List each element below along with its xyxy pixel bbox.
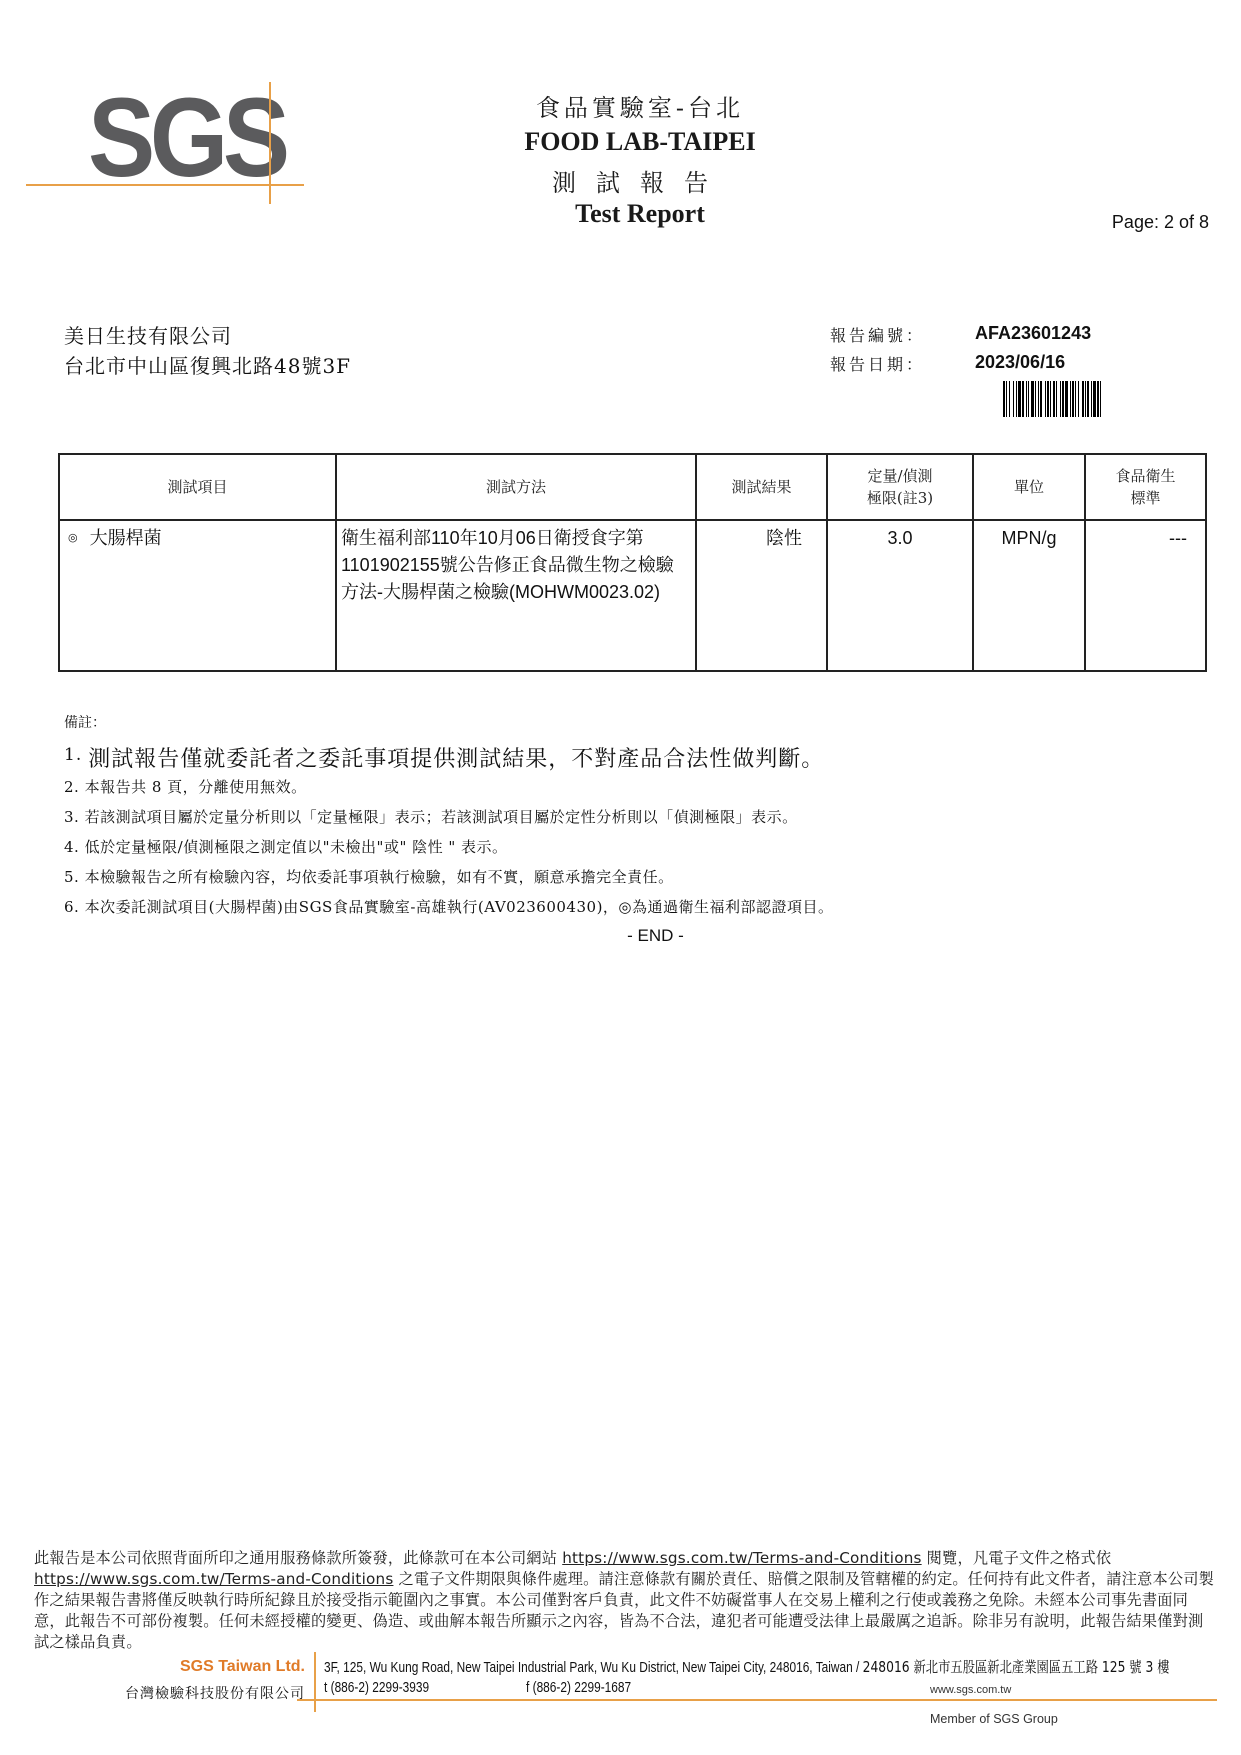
terms-link-1[interactable]: https://www.sgs.com.tw/Terms-and-Conditi… <box>562 1549 921 1567</box>
note-2: 2. 本報告共 8 頁，分離使用無效。 <box>64 776 307 797</box>
note-5-text: 本檢驗報告之所有檢驗內容，均依委託事項執行檢驗，如有不實，願意承擔完全責任。 <box>85 868 674 886</box>
header-food-standard-line1: 食品衛生 <box>1087 465 1204 488</box>
footer-address: 3F, 125, Wu Kung Road, New Taipei Indust… <box>324 1656 1170 1677</box>
end-marker: - END - <box>0 926 1241 946</box>
note-1-text: 測試報告僅就委託者之委託事項提供測試結果，不對產品合法性做判斷。 <box>88 747 824 772</box>
cell-test-item: ◎大腸桿菌 <box>59 520 336 671</box>
lab-name-en: FOOD LAB-TAIPEI <box>440 127 840 157</box>
footer-telephone: t (886-2) 2299-3939 <box>324 1680 429 1696</box>
note-5: 5. 本檢驗報告之所有檢驗內容，均依委託事項執行檢驗，如有不實，願意承擔完全責任… <box>64 866 674 887</box>
terms-link-2[interactable]: https://www.sgs.com.tw/Terms-and-Conditi… <box>34 1570 393 1588</box>
logo-vertical-rule <box>269 82 271 204</box>
report-number-value: AFA23601243 <box>975 323 1091 344</box>
legal-disclaimer: 此報告是本公司依照背面所印之通用服務條款所簽發，此條款可在本公司網站 https… <box>34 1548 1214 1653</box>
footer-address-zh: 248016 新北市五股區新北產業園區五工路 125 號 3 樓 <box>863 1658 1170 1676</box>
table-row: ◎大腸桿菌 衛生福利部110年10月06日衛授食字第1101902155號公告修… <box>59 520 1206 671</box>
footer-member-text: Member of SGS Group <box>930 1712 1058 1726</box>
header-detection-limit-line2: 極限(註3) <box>829 487 971 510</box>
header-unit: 單位 <box>973 454 1085 520</box>
lab-name-zh: 食品實驗室-台北 <box>440 88 840 123</box>
cell-test-result: 陰性 <box>696 520 827 671</box>
client-address: 台北市中山區復興北路48號3F <box>64 350 351 379</box>
disclaimer-part-2: 閱覽，凡電子文件之格式依 <box>922 1549 1112 1567</box>
end-text: - END - <box>627 926 684 945</box>
report-date-label: 報告日期： <box>830 352 925 375</box>
results-table: 測試項目 測試方法 測試結果 定量/偵測 極限(註3) 單位 食品衛生 標準 ◎… <box>58 453 1207 672</box>
report-title-zh: 測試報告 <box>440 163 840 198</box>
note-3: 3. 若該測試項目屬於定量分析則以「定量極限」表示；若該測試項目屬於定性分析則以… <box>64 806 798 827</box>
header-test-method: 測試方法 <box>336 454 696 520</box>
footer-horizontal-rule <box>297 1699 1217 1701</box>
header-detection-limit: 定量/偵測 極限(註3) <box>827 454 973 520</box>
footer-address-en: 3F, 125, Wu Kung Road, New Taipei Indust… <box>324 1660 853 1676</box>
footer-company-zh: 台灣檢驗科技股份有限公司 <box>80 1683 305 1703</box>
accreditation-mark-icon: ◎ <box>68 532 78 544</box>
table-header-row: 測試項目 測試方法 測試結果 定量/偵測 極限(註3) 單位 食品衛生 標準 <box>59 454 1206 520</box>
disclaimer-part-1: 此報告是本公司依照背面所印之通用服務條款所簽發，此條款可在本公司網站 <box>34 1549 562 1567</box>
report-date-value: 2023/06/16 <box>975 352 1065 373</box>
note-4-number: 4. <box>64 838 79 856</box>
note-4-text: 低於定量極限/偵測極限之測定值以"未檢出"或" 陰性 " 表示。 <box>85 838 508 856</box>
note-2-text: 本報告共 8 頁，分離使用無效。 <box>85 778 307 796</box>
footer-fax: f (886-2) 2299-1687 <box>526 1680 631 1696</box>
note-6-text: 本次委託測試項目(大腸桿菌)由SGS食品實驗室-高雄執行(AV023600430… <box>85 898 834 916</box>
barcode <box>1003 381 1175 417</box>
cell-food-standard: --- <box>1085 520 1206 671</box>
note-1-number: 1. <box>64 745 82 765</box>
test-item-name: 大腸桿菌 <box>90 528 162 548</box>
header-food-standard: 食品衛生 標準 <box>1085 454 1206 520</box>
cell-detection-limit: 3.0 <box>827 520 973 671</box>
footer-company-en: SGS Taiwan Ltd. <box>100 1658 305 1676</box>
cell-test-method: 衛生福利部110年10月06日衛授食字第1101902155號公告修正食品微生物… <box>336 520 696 671</box>
sgs-logo: SGS <box>88 82 285 194</box>
logo-horizontal-rule <box>26 184 304 186</box>
footer-address-separator: / <box>853 1660 863 1676</box>
page-number: Page: 2 of 8 <box>1112 212 1209 233</box>
barcode-bar <box>1101 381 1103 417</box>
note-4: 4. 低於定量極限/偵測極限之測定值以"未檢出"或" 陰性 " 表示。 <box>64 836 508 857</box>
footer-website[interactable]: www.sgs.com.tw <box>930 1684 1011 1696</box>
header-detection-limit-line1: 定量/偵測 <box>829 465 971 488</box>
notes-title: 備註： <box>64 712 106 732</box>
footer-vertical-rule <box>314 1652 316 1712</box>
note-6-number: 6. <box>64 898 79 916</box>
note-5-number: 5. <box>64 868 79 886</box>
header-test-result: 測試結果 <box>696 454 827 520</box>
note-1: 1.測試報告僅就委託者之委託事項提供測試結果，不對產品合法性做判斷。 <box>64 742 824 773</box>
note-2-number: 2. <box>64 778 79 796</box>
header-test-item: 測試項目 <box>59 454 336 520</box>
header-food-standard-line2: 標準 <box>1087 487 1204 510</box>
report-number-label: 報告編號： <box>830 323 925 346</box>
report-title-en: Test Report <box>440 199 840 229</box>
note-3-text: 若該測試項目屬於定量分析則以「定量極限」表示；若該測試項目屬於定性分析則以「偵測… <box>85 808 798 826</box>
cell-unit: MPN/g <box>973 520 1085 671</box>
note-6: 6. 本次委託測試項目(大腸桿菌)由SGS食品實驗室-高雄執行(AV023600… <box>64 896 834 917</box>
note-3-number: 3. <box>64 808 79 826</box>
client-name: 美日生技有限公司 <box>64 320 232 349</box>
